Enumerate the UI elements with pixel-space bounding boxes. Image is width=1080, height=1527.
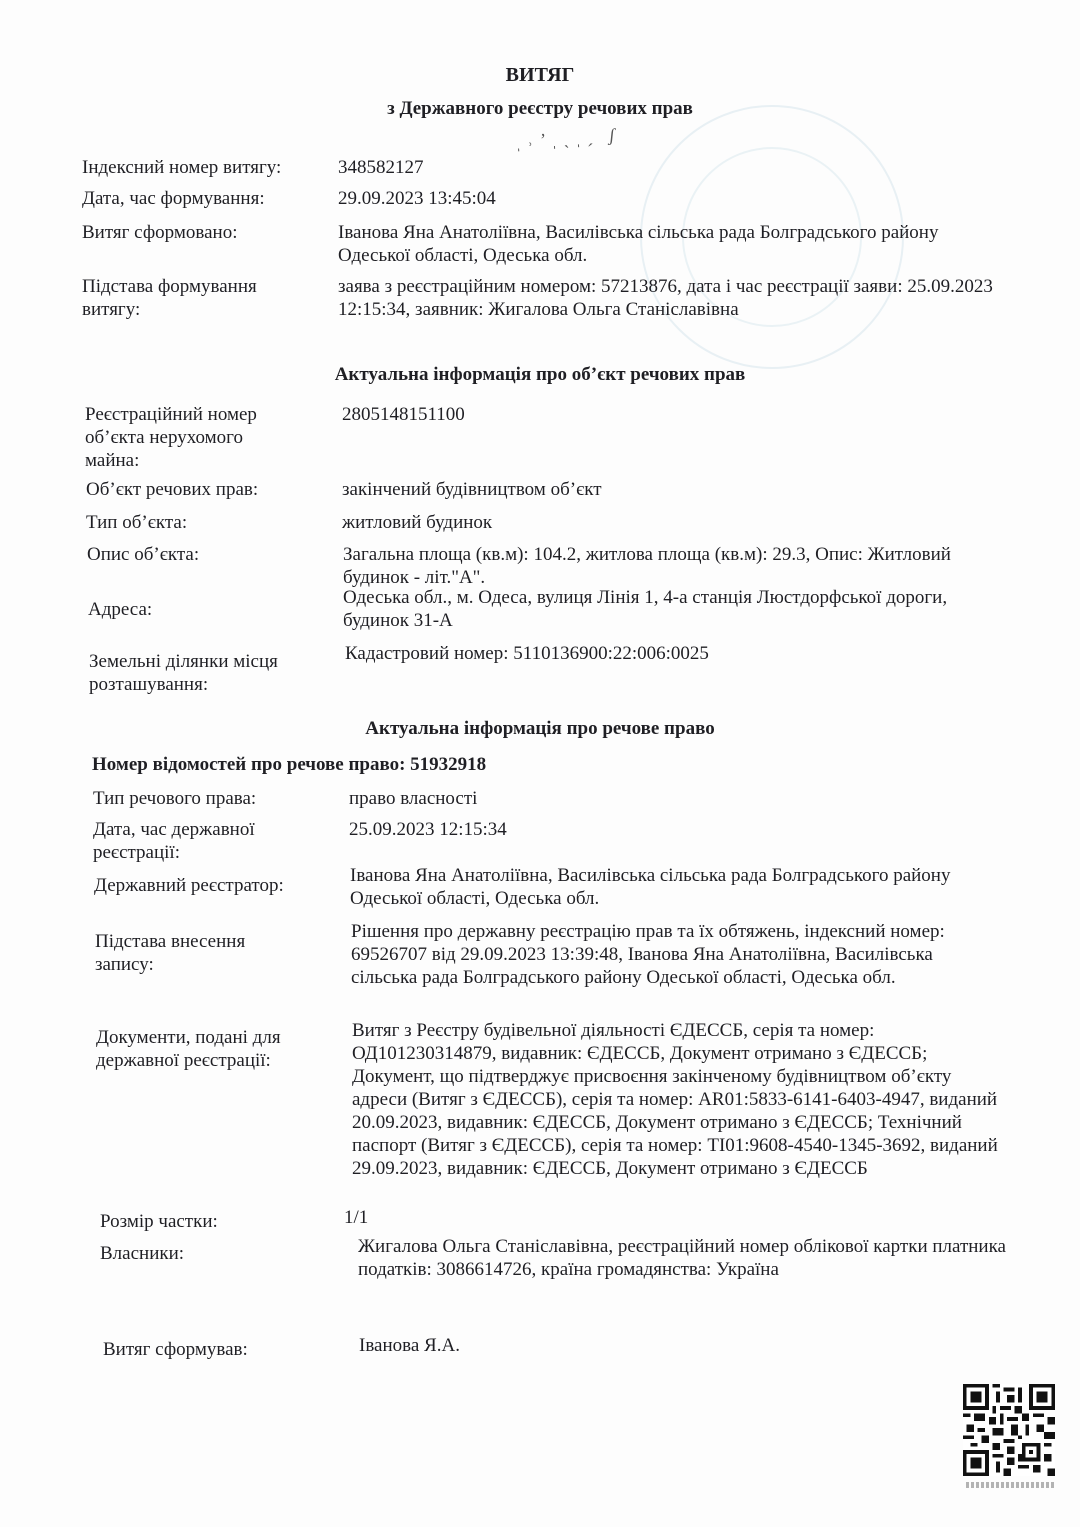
- field-label: Підстава формування витягу:: [82, 275, 302, 321]
- field-generated-by-signature: Витяг сформував: Іванова Я.А.: [103, 1338, 659, 1361]
- right-section-heading: Актуальна інформація про речове право: [0, 718, 1080, 740]
- field-address: Адреса: Одеська обл., м. Одеса, вулиця Л…: [88, 598, 983, 632]
- field-value: Іванова Яна Анатоліївна, Василівська сіл…: [338, 221, 978, 267]
- field-label: Тип речового права:: [93, 787, 349, 810]
- qr-code-icon: [963, 1384, 1055, 1476]
- field-label: Підстава внесення запису:: [95, 930, 285, 989]
- document-title: ВИТЯГ: [0, 64, 1080, 87]
- field-value: Загальна площа (кв.м): 104.2, житлова пл…: [343, 543, 983, 589]
- field-label: Дата, час державної реєстрації:: [93, 818, 303, 864]
- field-value: 348582127: [338, 156, 978, 179]
- field-share-size: Розмір частки: 1/1: [100, 1210, 944, 1233]
- field-label: Об’єкт речових прав:: [86, 478, 342, 501]
- field-label: Дата, час формування:: [82, 187, 338, 210]
- field-label: Тип об’єкта:: [86, 511, 342, 534]
- document-subtitle: з Державного реєстру речових прав: [0, 98, 1080, 120]
- field-value: Рішення про державну реєстрацію прав та …: [351, 920, 991, 989]
- field-record-basis: Підстава внесення запису: Рішення про де…: [95, 928, 991, 989]
- field-label: Власники:: [100, 1242, 358, 1281]
- signature-mark: ˌ˒ʼˌˎˌˏ ʃ: [514, 124, 621, 152]
- field-object-of-rights: Об’єкт речових прав: закінчений будівниц…: [86, 478, 962, 501]
- qr-caption-text: [966, 1482, 1056, 1488]
- rights-record-number: Номер відомостей про речове право: 51932…: [92, 754, 486, 776]
- field-value: житловий будинок: [342, 511, 962, 534]
- field-generation-datetime: Дата, час формування: 29.09.2023 13:45:0…: [82, 187, 978, 210]
- field-value: заява з реєстраційним номером: 57213876,…: [338, 275, 998, 321]
- field-value: Одеська обл., м. Одеса, вулиця Лінія 1, …: [343, 586, 983, 632]
- field-value: Жигалова Ольга Станіславівна, реєстрацій…: [358, 1235, 1018, 1281]
- field-registration-datetime: Дата, час державної реєстрації: 25.09.20…: [93, 818, 969, 864]
- field-object-type: Тип об’єкта: житловий будинок: [86, 511, 962, 534]
- field-value: 25.09.2023 12:15:34: [349, 818, 969, 864]
- field-object-registration-number: Реєстраційний номер об’єкта нерухомого м…: [85, 403, 962, 472]
- field-owners: Власники: Жигалова Ольга Станіславівна, …: [100, 1242, 1018, 1281]
- field-value: Кадастровий номер: 5110136900:22:006:002…: [345, 642, 985, 696]
- field-generated-by: Витяг сформовано: Іванова Яна Анатоліївн…: [82, 221, 978, 267]
- field-object-description: Опис об’єкта: Загальна площа (кв.м): 104…: [87, 543, 983, 589]
- field-label: Реєстраційний номер об’єкта нерухомого м…: [85, 403, 295, 472]
- field-label: Розмір частки:: [100, 1210, 344, 1233]
- document-page: ˌ˒ʼˌˎˌˏ ʃ ВИТЯГ з Державного реєстру реч…: [0, 0, 1080, 1527]
- field-value: право власності: [349, 787, 969, 810]
- field-value: Іванова Яна Анатоліївна, Василівська сіл…: [350, 864, 990, 910]
- field-right-type: Тип речового права: право власності: [93, 787, 969, 810]
- field-label: Документи, подані для державної реєстрац…: [96, 1026, 326, 1180]
- field-index-number: Індексний номер витягу: 348582127: [82, 156, 978, 179]
- field-label: Індексний номер витягу:: [82, 156, 338, 179]
- field-land-plots: Земельні ділянки місця розташування: Кад…: [89, 650, 985, 696]
- field-label: Адреса:: [88, 598, 343, 632]
- field-value: 29.09.2023 13:45:04: [338, 187, 978, 210]
- field-label: Витяг сформовано:: [82, 221, 338, 267]
- object-section-heading: Актуальна інформація про об’єкт речових …: [0, 364, 1080, 386]
- field-value: Витяг з Реєстру будівельної діяльності Є…: [352, 1019, 1002, 1180]
- field-value: 2805148151100: [342, 403, 962, 472]
- field-submitted-documents: Документи, подані для державної реєстрац…: [96, 1026, 1002, 1180]
- field-label: Витяг сформував:: [103, 1338, 359, 1361]
- field-value: 1/1: [344, 1206, 944, 1233]
- field-value: Іванова Я.А.: [359, 1334, 659, 1361]
- field-label: Земельні ділянки місця розташування:: [89, 650, 317, 696]
- field-label: Опис об’єкта:: [87, 543, 343, 589]
- field-value: закінчений будівництвом об’єкт: [342, 478, 962, 501]
- field-generation-basis: Підстава формування витягу: заява з реєс…: [82, 275, 998, 321]
- field-state-registrar: Державний реєстратор: Іванова Яна Анатол…: [94, 871, 990, 910]
- field-label: Державний реєстратор:: [94, 874, 350, 910]
